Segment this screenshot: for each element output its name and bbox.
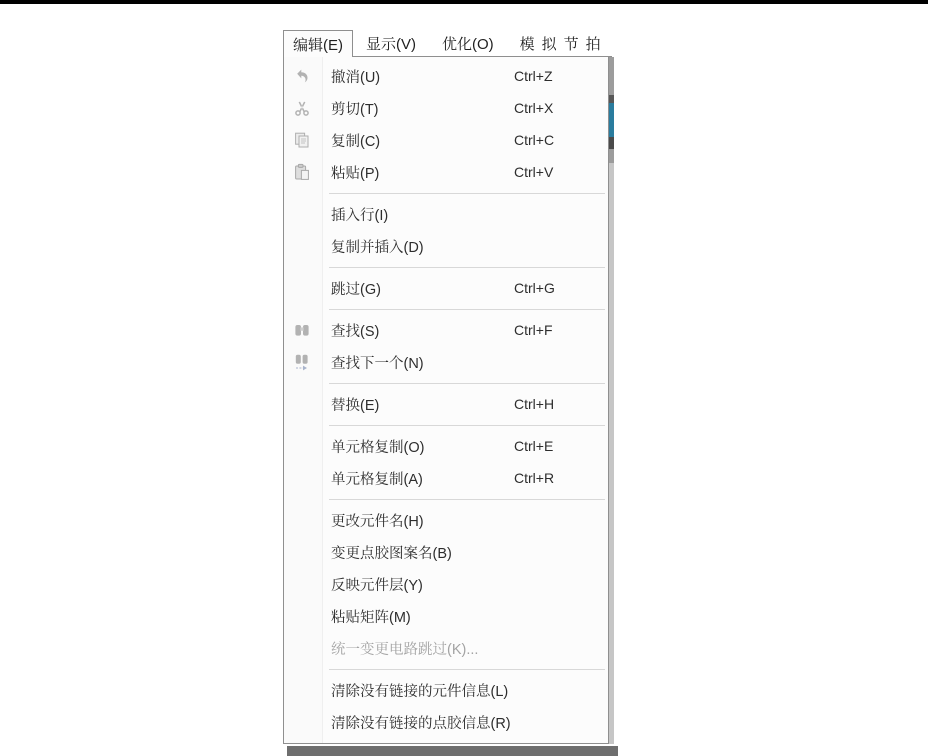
binoculars-icon: [293, 321, 311, 339]
menu-drop-shadow: [287, 746, 618, 756]
background-window-edge: [609, 163, 614, 744]
menu-item-label: 查找(S): [331, 320, 379, 341]
menubar-item-label: 优化(O): [442, 33, 494, 54]
menu-item-shortcut: Ctrl+Z: [514, 68, 553, 84]
menu-item-shortcut: Ctrl+G: [514, 280, 555, 296]
menu-item[interactable]: 粘贴(P)Ctrl+V: [284, 156, 608, 188]
background-window-edge: [609, 149, 614, 163]
menu-item-shortcut: Ctrl+R: [514, 470, 554, 486]
menu-item[interactable]: 变更点胶图案名(B): [284, 536, 608, 568]
menu-separator: [284, 494, 608, 504]
menu-separator: [284, 262, 608, 272]
menu-item[interactable]: 单元格复制(A)Ctrl+R: [284, 462, 608, 494]
background-window-edge: [609, 137, 614, 149]
menubar-item-label: 显示(V): [366, 33, 416, 54]
menu-item-label: 插入行(I): [331, 204, 388, 225]
edit-menu-popup: 撤消(U)Ctrl+Z剪切(T)Ctrl+X复制(C)Ctrl+C粘贴(P)Ct…: [283, 57, 609, 744]
menu-item[interactable]: 查找下一个(N): [284, 346, 608, 378]
menu-item-label: 撤消(U): [331, 66, 380, 87]
menu-item[interactable]: 插入行(I): [284, 198, 608, 230]
menu-item[interactable]: 粘贴矩阵(M): [284, 600, 608, 632]
menubar-item-4[interactable]: 模拟节拍: [507, 30, 608, 57]
menu-item[interactable]: 跳过(G)Ctrl+G: [284, 272, 608, 304]
menu-item-label: 更改元件名(H): [331, 510, 424, 531]
menu-item[interactable]: 单元格复制(O)Ctrl+E: [284, 430, 608, 462]
menu-item-label: 复制(C): [331, 130, 380, 151]
menu-separator: [284, 378, 608, 388]
menu-item-shortcut: Ctrl+H: [514, 396, 554, 412]
menu-separator: [284, 420, 608, 430]
menubar-item-label: 模拟节拍: [520, 33, 608, 54]
top-rule: [0, 0, 928, 4]
menu-item-label: 反映元件层(Y): [331, 574, 423, 595]
menu-separator: [284, 664, 608, 674]
menu-item-label: 变更点胶图案名(B): [331, 542, 452, 563]
undo-icon: [293, 67, 311, 85]
menu-item: 统一变更电路跳过(K)...: [284, 632, 608, 664]
menu-item-label: 粘贴矩阵(M): [331, 606, 411, 627]
background-window-edge: [609, 57, 614, 95]
background-accent-teal: [609, 103, 614, 137]
menu-item[interactable]: 复制并插入(D): [284, 230, 608, 262]
menubar-item-2[interactable]: 显示(V): [353, 30, 429, 57]
menu-item-label: 清除没有链接的点胶信息(R): [331, 712, 511, 733]
menu-item-label: 替换(E): [331, 394, 379, 415]
menu-item[interactable]: 清除没有链接的点胶信息(R): [284, 706, 608, 738]
clipboard-paste-icon: [293, 163, 311, 181]
binoculars-next-icon: [293, 353, 311, 371]
menubar-item-3[interactable]: 优化(O): [429, 30, 507, 57]
menu-item[interactable]: 复制(C)Ctrl+C: [284, 124, 608, 156]
menu-item[interactable]: 更改元件名(H): [284, 504, 608, 536]
menu-item-shortcut: Ctrl+X: [514, 100, 553, 116]
menu-item-label: 查找下一个(N): [331, 352, 424, 373]
menubar: 编辑(E)显示(V)优化(O)模拟节拍: [283, 30, 612, 57]
menu-item-label: 复制并插入(D): [331, 236, 424, 257]
menu-item-shortcut: Ctrl+E: [514, 438, 553, 454]
menu-item-shortcut: Ctrl+C: [514, 132, 554, 148]
menu-separator: [284, 188, 608, 198]
menu-item-label: 单元格复制(O): [331, 436, 424, 457]
menu-item[interactable]: 反映元件层(Y): [284, 568, 608, 600]
menu-item-label: 单元格复制(A): [331, 468, 423, 489]
menu-separator: [284, 304, 608, 314]
menu-item-shortcut: Ctrl+F: [514, 322, 553, 338]
menu-item-label: 清除没有链接的元件信息(L): [331, 680, 508, 701]
menu-item[interactable]: 剪切(T)Ctrl+X: [284, 92, 608, 124]
menubar-item-1[interactable]: 编辑(E): [283, 30, 353, 57]
menu-item-label: 跳过(G): [331, 278, 381, 299]
copy-icon: [293, 131, 311, 149]
scissors-icon: [293, 99, 311, 117]
menubar-item-label: 编辑(E): [293, 34, 343, 55]
menu-item[interactable]: 清除没有链接的元件信息(L): [284, 674, 608, 706]
menu-item-label: 统一变更电路跳过(K)...: [331, 638, 478, 659]
menu-item[interactable]: 撤消(U)Ctrl+Z: [284, 60, 608, 92]
background-window-edge: [609, 95, 614, 103]
menu-item[interactable]: 查找(S)Ctrl+F: [284, 314, 608, 346]
menu-item[interactable]: 替换(E)Ctrl+H: [284, 388, 608, 420]
menu-item-label: 剪切(T): [331, 98, 379, 119]
menu-item-shortcut: Ctrl+V: [514, 164, 553, 180]
menu-item-label: 粘贴(P): [331, 162, 379, 183]
